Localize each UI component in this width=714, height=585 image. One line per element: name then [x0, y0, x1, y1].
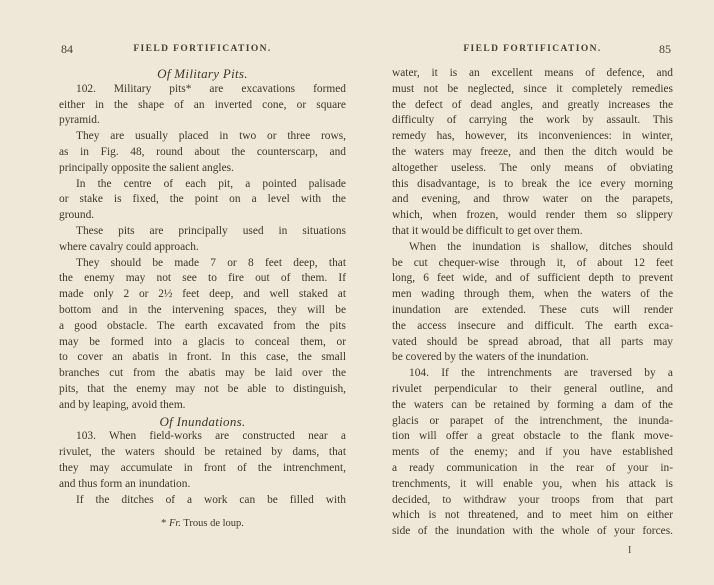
- text-line: and by leaping, avoid them.: [59, 398, 346, 414]
- page-right: FIELD FORTIFICATION. 85 water, it is an …: [392, 44, 673, 556]
- text-line: to cover an abatis in front. In this cas…: [59, 350, 346, 366]
- page-left: 84 FIELD FORTIFICATION. Of Military Pits…: [59, 44, 346, 529]
- text-line: the waters can be retained by forming a …: [392, 398, 673, 414]
- text-line: tion will offer a great obstacle to the …: [392, 429, 673, 445]
- text-line: be cut chequer-wise through it, of about…: [392, 256, 673, 272]
- text-line: the defect of dead angles, and greatly i…: [392, 98, 673, 114]
- book-spread: 84 FIELD FORTIFICATION. Of Military Pits…: [0, 0, 714, 585]
- text-line: vated should be spread abroad, that all …: [392, 335, 673, 351]
- text-line: They should be made 7 or 8 feet deep, th…: [59, 256, 346, 272]
- text-line: they may accumulate in front of the intr…: [59, 461, 346, 477]
- text-line: or stake is fixed, the point on a level …: [59, 192, 346, 208]
- text-line: a ready communication in the rear of you…: [392, 461, 673, 477]
- text-line: long, 6 feet wide, and of sufficient dep…: [392, 271, 673, 287]
- page-right-body: water, it is an excellent means of defen…: [392, 66, 673, 540]
- text-line: must not be neglected, since it complete…: [392, 82, 673, 98]
- footnote-marker: *: [161, 518, 169, 529]
- signature-mark: I: [392, 545, 673, 556]
- text-line: the enemy may not see to fire out of the…: [59, 271, 346, 287]
- text-line: When the inundation is shallow, ditches …: [392, 240, 673, 256]
- text-line: trenchments, it will enable you, when hi…: [392, 477, 673, 493]
- text-line: and thus form an inundation.: [59, 477, 346, 493]
- text-line: ments of the enemy; and if you have esta…: [392, 445, 673, 461]
- page-left-header: 84 FIELD FORTIFICATION.: [59, 44, 346, 58]
- footnote: * Fr. Trous de loup.: [59, 518, 346, 529]
- text-line: be covered by the waters of the inundati…: [392, 350, 673, 366]
- text-line: rivulet, the waters should be retained b…: [59, 445, 346, 461]
- text-line: rivulet perpendicular to their general o…: [392, 382, 673, 398]
- text-line: These pits are principally used in situa…: [59, 224, 346, 240]
- page-left-body: Of Military Pits.102. Military pits* are…: [59, 66, 346, 508]
- text-line: They are usually placed in two or three …: [59, 129, 346, 145]
- text-line: a good obstacle. The earth excavated fro…: [59, 319, 346, 335]
- text-line: pyramid.: [59, 113, 346, 129]
- text-line: the waters may freeze, and then the ditc…: [392, 145, 673, 161]
- text-line: the access insecure and difficult. The e…: [392, 319, 673, 335]
- text-line: where cavalry could approach.: [59, 240, 346, 256]
- text-line: branches cut from the abatis may be laid…: [59, 366, 346, 382]
- text-line: may be formed into a glacis to conceal t…: [59, 335, 346, 351]
- text-line: made only 2 or 2½ feet deep, and well st…: [59, 287, 346, 303]
- text-line: water, it is an excellent means of defen…: [392, 66, 673, 82]
- text-line: 103. When field-works are constructed ne…: [59, 429, 346, 445]
- text-line: glacis or parapet of the intrenchment, t…: [392, 414, 673, 430]
- text-line: In the centre of each pit, a pointed pal…: [59, 177, 346, 193]
- text-line: that it would be difficult to get over t…: [392, 224, 673, 240]
- text-line: 102. Military pits* are excavations form…: [59, 82, 346, 98]
- text-line: bottom and in the intervening spaces, th…: [59, 303, 346, 319]
- text-line: remedy has, however, its inconveniences:…: [392, 129, 673, 145]
- section-heading: Of Inundations.: [59, 414, 346, 430]
- text-line: and evening, and throw water on the para…: [392, 192, 673, 208]
- page-right-header: FIELD FORTIFICATION. 85: [392, 44, 673, 58]
- running-head-left: FIELD FORTIFICATION.: [59, 44, 346, 54]
- footnote-text: Trous de loup.: [181, 518, 244, 529]
- text-line: which, when frozen, would render them so…: [392, 208, 673, 224]
- text-line: principally opposite the salient angles.: [59, 161, 346, 177]
- text-line: either in the shape of an inverted cone,…: [59, 98, 346, 114]
- footnote-abbreviation: Fr.: [169, 518, 181, 529]
- text-line: which is not threatened, and to meet him…: [392, 508, 673, 524]
- running-head-right: FIELD FORTIFICATION.: [392, 44, 673, 54]
- section-heading: Of Military Pits.: [59, 66, 346, 82]
- text-line: decided, to withdraw your troops from th…: [392, 493, 673, 509]
- text-line: altogether useless. The only means of ob…: [392, 161, 673, 177]
- text-line: difficulty of carrying the work by assau…: [392, 113, 673, 129]
- text-line: pits, that the enemy may not be able to …: [59, 382, 346, 398]
- page-number-right: 85: [659, 42, 671, 57]
- text-line: this disadvantage, is to break the ice e…: [392, 177, 673, 193]
- page-number-left: 84: [61, 42, 73, 57]
- text-line: 104. If the intrenchments are traversed …: [392, 366, 673, 382]
- text-line: as in Fig. 48, round about the countersc…: [59, 145, 346, 161]
- text-line: men wading through them, when the waters…: [392, 287, 673, 303]
- text-line: side of the inundation with the whole of…: [392, 524, 673, 540]
- text-line: inundation are extended. These cuts will…: [392, 303, 673, 319]
- text-line: If the ditches of a work can be filled w…: [59, 493, 346, 509]
- text-line: ground.: [59, 208, 346, 224]
